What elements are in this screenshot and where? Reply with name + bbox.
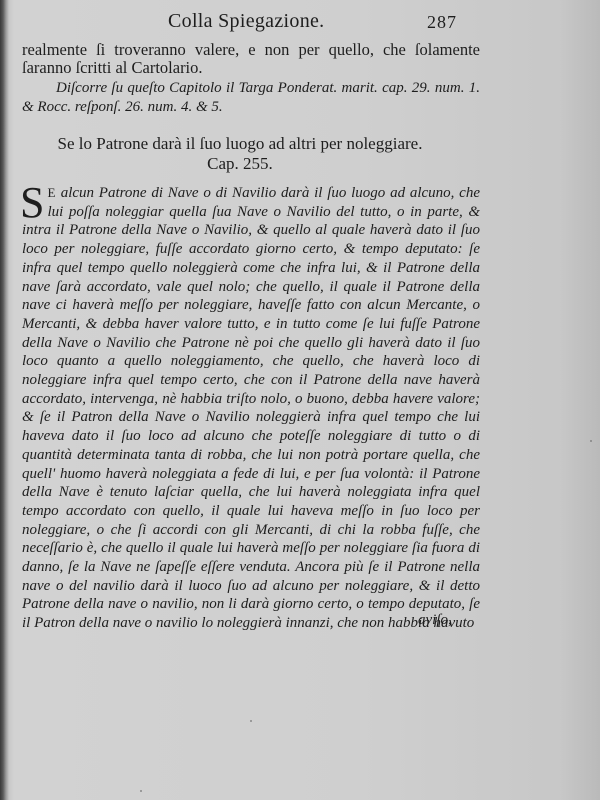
book-page: Colla Spiegazione. 287 realmente ſi trov… [0, 0, 600, 800]
reference-note: Diſcorre ſu queſto Capitolo il Targa Pon… [22, 79, 480, 116]
body-text: alcun Patrone di Nave o di Navilio darà … [22, 185, 480, 631]
drop-cap-tail: E [47, 185, 55, 200]
continuation-paragraph: realmente ſi troveranno valere, e non pe… [22, 41, 480, 77]
body-paragraph: SE alcun Patrone di Nave o di Navilio da… [22, 184, 480, 633]
running-title: Colla Spiegazione. [168, 10, 324, 33]
paper-speck [250, 720, 252, 722]
page-number: 287 [427, 12, 457, 33]
running-head: Colla Spiegazione. 287 [0, 8, 600, 36]
chapter-number: Cap. 255. [0, 154, 480, 173]
chapter-body: SE alcun Patrone di Nave o di Navilio da… [22, 184, 480, 633]
paper-speck [590, 440, 592, 442]
closing-catchword: aviſo, [418, 612, 452, 629]
chapter-title: Se lo Patrone darà il ſuo luogo ad altri… [0, 134, 480, 153]
paper-speck [140, 790, 142, 792]
drop-cap: S [20, 184, 44, 221]
